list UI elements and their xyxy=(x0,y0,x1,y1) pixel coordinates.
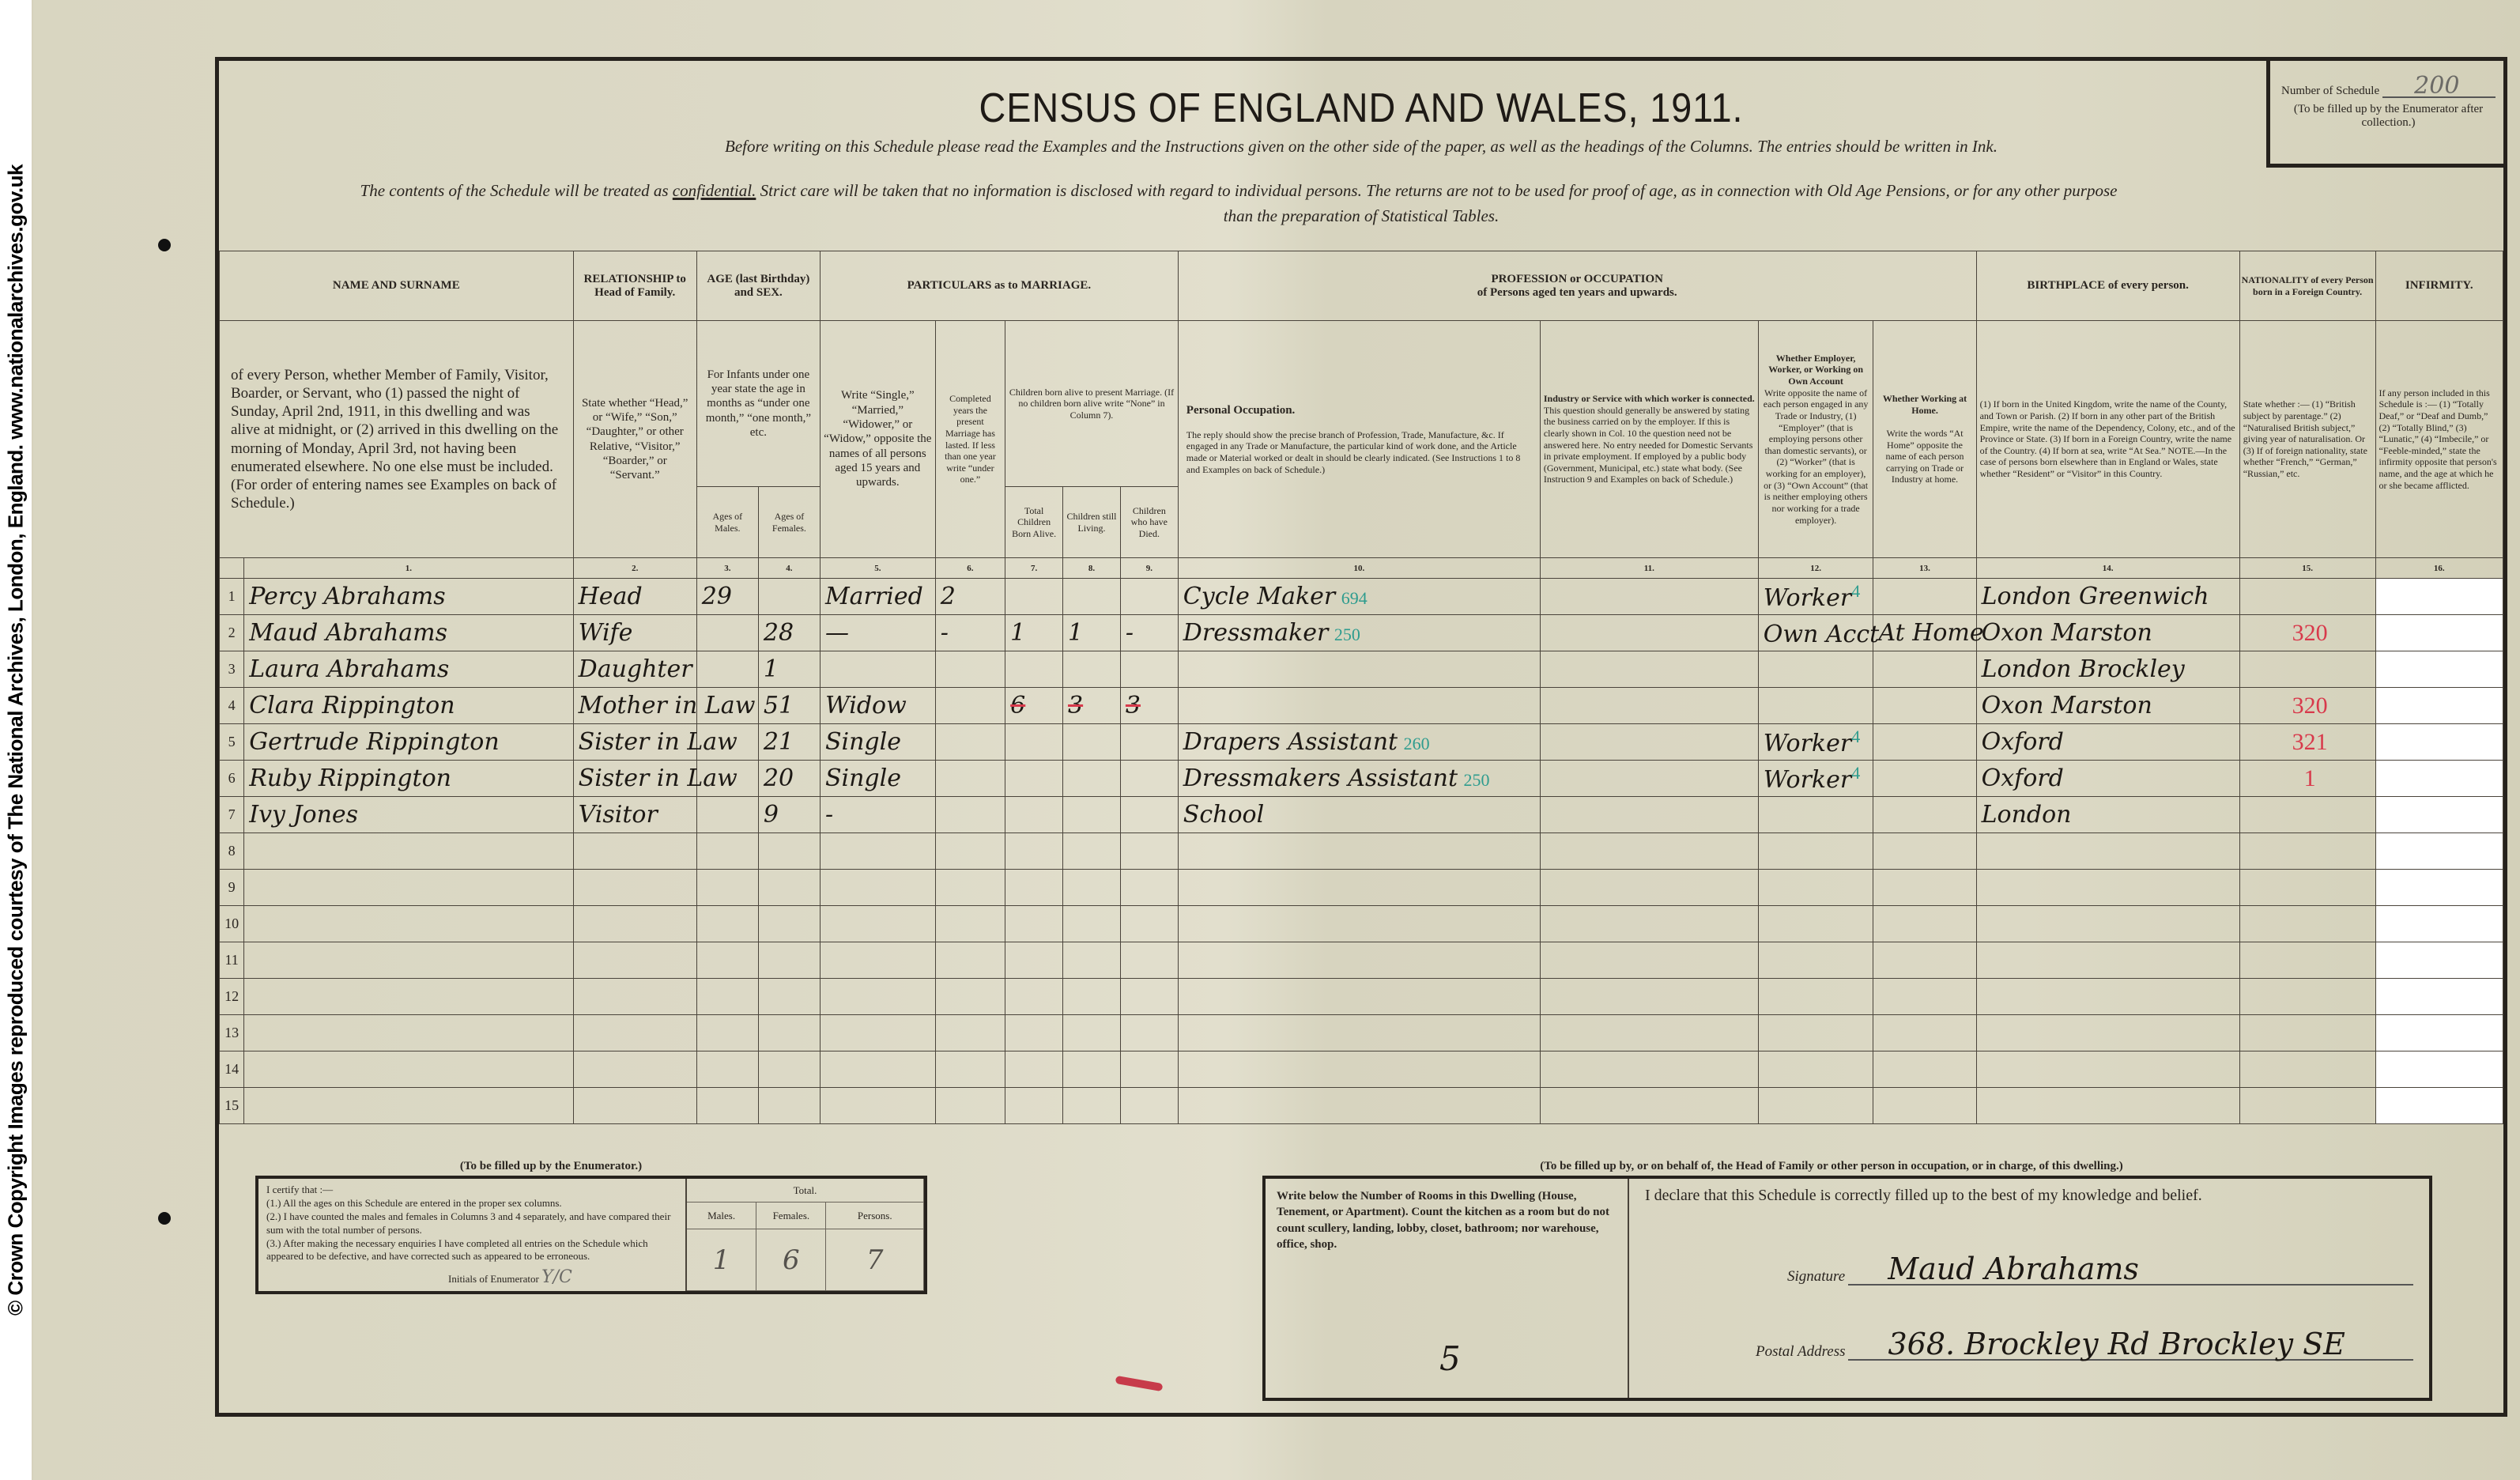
cell-living xyxy=(1063,1088,1121,1124)
row-number: 3 xyxy=(220,651,244,688)
cell-cond xyxy=(820,833,935,870)
desc-employer: Whether Employer, Worker, or Working on … xyxy=(1758,321,1873,558)
cell-name: Ivy Jones xyxy=(244,797,573,833)
cell-male xyxy=(696,615,758,651)
col-number: 3. xyxy=(696,558,758,579)
cell-rel xyxy=(573,1015,696,1051)
cell-home xyxy=(1873,579,1976,615)
cell-birth: Oxford xyxy=(1976,761,2239,797)
cell-infirmity xyxy=(2375,1088,2503,1124)
row-number: 13 xyxy=(220,1015,244,1051)
row-number: 14 xyxy=(220,1051,244,1088)
col-number: 13. xyxy=(1873,558,1976,579)
cell-industry xyxy=(1540,1051,1758,1088)
certify-item: (1.) All the ages on this Schedule are e… xyxy=(266,1197,677,1210)
cell-male xyxy=(696,942,758,979)
col-number: 12. xyxy=(1758,558,1873,579)
cell-nationality xyxy=(2239,870,2375,906)
cell-male xyxy=(696,870,758,906)
cell-died xyxy=(1120,724,1178,761)
row-number: 12 xyxy=(220,979,244,1015)
table-row: 11 xyxy=(220,942,2503,979)
cell-male xyxy=(696,1088,758,1124)
col-number: 8. xyxy=(1063,558,1121,579)
cell-male xyxy=(696,1015,758,1051)
cell-died xyxy=(1120,797,1178,833)
cell-home xyxy=(1873,1015,1976,1051)
cell-industry xyxy=(1540,870,1758,906)
table-row: 5Gertrude RippingtonSister in Law21Singl… xyxy=(220,724,2503,761)
cell-name xyxy=(244,1051,573,1088)
header-occupation: PROFESSION or OCCUPATIONof Persons aged … xyxy=(1178,251,1976,321)
cell-years xyxy=(935,1015,1005,1051)
cell-years xyxy=(935,979,1005,1015)
header-marriage: PARTICULARS as to MARRIAGE. xyxy=(820,251,1178,321)
cell-birth xyxy=(1976,833,2239,870)
cell-cond xyxy=(820,1015,935,1051)
cell-industry xyxy=(1540,979,1758,1015)
cell-nationality xyxy=(2239,833,2375,870)
header-relationship: RELATIONSHIP to Head of Family. xyxy=(573,251,696,321)
punch-hole xyxy=(158,239,171,251)
cell-rel: Head xyxy=(573,579,696,615)
cell-born xyxy=(1005,1015,1063,1051)
females-label: Females. xyxy=(756,1202,826,1229)
desc-died: Children who have Died. xyxy=(1120,487,1178,558)
cell-nationality xyxy=(2239,979,2375,1015)
confidential-notice-line2: than the preparation of Statistical Tabl… xyxy=(219,206,2503,226)
cell-years xyxy=(935,797,1005,833)
desc-years-married: Completed years the present Marriage has… xyxy=(935,321,1005,558)
cell-industry xyxy=(1540,797,1758,833)
row-number: 1 xyxy=(220,579,244,615)
signature-label: Signature xyxy=(1787,1268,1845,1286)
col-number: 9. xyxy=(1120,558,1178,579)
cell-died xyxy=(1120,870,1178,906)
cell-home xyxy=(1873,906,1976,942)
cell-infirmity xyxy=(2375,906,2503,942)
cell-employment xyxy=(1758,942,1873,979)
cell-home xyxy=(1873,833,1976,870)
header-birthplace: BIRTHPLACE of every person. xyxy=(1976,251,2239,321)
cell-cond: — xyxy=(820,615,935,651)
table-row: 3Laura AbrahamsDaughter1 London Brockley xyxy=(220,651,2503,688)
cell-infirmity xyxy=(2375,1051,2503,1088)
cell-birth: Oxon Marston xyxy=(1976,615,2239,651)
cell-employment xyxy=(1758,906,1873,942)
cell-born xyxy=(1005,724,1063,761)
cell-male xyxy=(696,651,758,688)
cell-occupation: School xyxy=(1178,797,1540,833)
cell-home xyxy=(1873,1088,1976,1124)
totals-grid: Total. Males. Females. Persons. 1 6 7 xyxy=(687,1179,924,1291)
cell-name: Percy Abrahams xyxy=(244,579,573,615)
cell-employment: Worker4 xyxy=(1758,761,1873,797)
certify-label: I certify that :— xyxy=(266,1184,677,1197)
table-row: 4Clara RippingtonMother in Law51Widow633… xyxy=(220,688,2503,724)
cell-occupation xyxy=(1178,1015,1540,1051)
cell-years xyxy=(935,761,1005,797)
cell-employment: Worker4 xyxy=(1758,724,1873,761)
cell-birth xyxy=(1976,1051,2239,1088)
rooms-instruction: Write below the Number of Rooms in this … xyxy=(1277,1190,1609,1251)
row-number: 9 xyxy=(220,870,244,906)
row-number: 6 xyxy=(220,761,244,797)
schedule-frame: CENSUS OF ENGLAND AND WALES, 1911. Befor… xyxy=(215,57,2507,1417)
table-row: 6Ruby RippingtonSister in Law20SingleDre… xyxy=(220,761,2503,797)
cell-employment xyxy=(1758,651,1873,688)
cell-industry xyxy=(1540,942,1758,979)
cell-name xyxy=(244,870,573,906)
cell-nationality: 321 xyxy=(2239,724,2375,761)
cell-birth xyxy=(1976,870,2239,906)
cell-employment: Worker4 xyxy=(1758,579,1873,615)
cell-infirmity xyxy=(2375,1015,2503,1051)
cell-industry xyxy=(1540,579,1758,615)
cell-died xyxy=(1120,1088,1178,1124)
cell-infirmity xyxy=(2375,615,2503,651)
cell-employment: Own Acct xyxy=(1758,615,1873,651)
cell-years xyxy=(935,870,1005,906)
cell-birth xyxy=(1976,906,2239,942)
cell-cond: Single xyxy=(820,724,935,761)
desc-name: of every Person, whether Member of Famil… xyxy=(220,321,574,558)
desc-ages-males: Ages of Males. xyxy=(696,487,758,558)
cell-industry xyxy=(1540,1088,1758,1124)
cell-home xyxy=(1873,761,1976,797)
cell-male xyxy=(696,979,758,1015)
cell-male xyxy=(696,797,758,833)
cell-name: Ruby Rippington xyxy=(244,761,573,797)
cell-living xyxy=(1063,979,1121,1015)
person-rows: 1Percy AbrahamsHead29Married2Cycle Maker… xyxy=(220,579,2503,1124)
col-number: 2. xyxy=(573,558,696,579)
column-numbers: 1. 2. 3. 4. 5. 6. 7. 8. 9. 10. 11. 12. 1… xyxy=(220,558,2503,579)
cell-living xyxy=(1063,833,1121,870)
total-females: 6 xyxy=(756,1229,826,1291)
cell-occupation: Dressmaker 250 xyxy=(1178,615,1540,651)
cell-employment xyxy=(1758,833,1873,870)
cell-home xyxy=(1873,942,1976,979)
cell-male xyxy=(696,1051,758,1088)
row-number: 11 xyxy=(220,942,244,979)
cell-cond xyxy=(820,1051,935,1088)
cell-rel xyxy=(573,870,696,906)
rooms-box: Write below the Number of Rooms in this … xyxy=(1266,1179,1629,1398)
address-label: Postal Address xyxy=(1756,1343,1845,1361)
cell-nationality xyxy=(2239,651,2375,688)
cell-died xyxy=(1120,1015,1178,1051)
col-number: 7. xyxy=(1005,558,1063,579)
cell-female xyxy=(758,906,820,942)
signature-line: Signature Maud Abrahams xyxy=(1787,1254,2413,1286)
desc-still-living: Children still Living. xyxy=(1063,487,1121,558)
desc-industry: Industry or Service with which worker is… xyxy=(1540,321,1758,558)
punch-hole xyxy=(158,1212,171,1225)
enumerator-certificate: I certify that :— (1.) All the ages on t… xyxy=(255,1176,927,1294)
cell-born xyxy=(1005,651,1063,688)
cell-infirmity xyxy=(2375,651,2503,688)
household-declaration: Write below the Number of Rooms in this … xyxy=(1262,1176,2432,1401)
cell-name: Laura Abrahams xyxy=(244,651,573,688)
ink-instruction: Before writing on this Schedule please r… xyxy=(219,137,2503,157)
cell-birth: Oxford xyxy=(1976,724,2239,761)
confidential-notice: The contents of the Schedule will be tre… xyxy=(219,181,2503,201)
total-persons: 7 xyxy=(826,1229,924,1291)
cell-years xyxy=(935,833,1005,870)
desc-infirmity: If any person included in this Schedule … xyxy=(2375,321,2503,558)
table-row: 8 xyxy=(220,833,2503,870)
enumerator-initials: Y/C xyxy=(541,1267,572,1287)
table-row: 14 xyxy=(220,1051,2503,1088)
cell-name xyxy=(244,1015,573,1051)
cell-birth: Oxon Marston xyxy=(1976,688,2239,724)
cell-industry xyxy=(1540,1015,1758,1051)
cell-living xyxy=(1063,651,1121,688)
row-number: 15 xyxy=(220,1088,244,1124)
cell-home: At Home xyxy=(1873,615,1976,651)
table-row: 2Maud AbrahamsWife28—-11-Dressmaker 250O… xyxy=(220,615,2503,651)
cell-home xyxy=(1873,724,1976,761)
enumerator-section-title: (To be filled up by the Enumerator.) xyxy=(251,1160,851,1173)
cell-male: 29 xyxy=(696,579,758,615)
cell-infirmity xyxy=(2375,870,2503,906)
cell-years xyxy=(935,724,1005,761)
cell-died: - xyxy=(1120,615,1178,651)
header-age: AGE (last Birthday) and SEX. xyxy=(696,251,820,321)
cell-born xyxy=(1005,906,1063,942)
cell-female xyxy=(758,1051,820,1088)
row-number: 10 xyxy=(220,906,244,942)
col-number: 14. xyxy=(1976,558,2239,579)
cell-born xyxy=(1005,942,1063,979)
cell-rel xyxy=(573,833,696,870)
certify-item: (3.) After making the necessary enquirie… xyxy=(266,1237,677,1264)
cell-home xyxy=(1873,979,1976,1015)
desc-nationality: State whether :— (1) “British subject by… xyxy=(2239,321,2375,558)
cell-birth: London Greenwich xyxy=(1976,579,2239,615)
cell-employment xyxy=(1758,979,1873,1015)
cell-years xyxy=(935,1088,1005,1124)
desc-at-home: Whether Working at Home.Write the words … xyxy=(1873,321,1976,558)
cell-birth xyxy=(1976,979,2239,1015)
cell-female xyxy=(758,1015,820,1051)
cell-rel: Sister in Law xyxy=(573,761,696,797)
col-number: 10. xyxy=(1178,558,1540,579)
cell-female: 21 xyxy=(758,724,820,761)
cell-name xyxy=(244,833,573,870)
persons-label: Persons. xyxy=(826,1202,924,1229)
cell-name: Maud Abrahams xyxy=(244,615,573,651)
cell-female xyxy=(758,579,820,615)
cell-female: 1 xyxy=(758,651,820,688)
cell-female xyxy=(758,942,820,979)
cell-years xyxy=(935,906,1005,942)
cell-nationality xyxy=(2239,797,2375,833)
cell-born xyxy=(1005,1088,1063,1124)
col-number: 5. xyxy=(820,558,935,579)
cell-cond: Married xyxy=(820,579,935,615)
cell-living xyxy=(1063,579,1121,615)
cell-occupation xyxy=(1178,1088,1540,1124)
cell-years xyxy=(935,942,1005,979)
table-row: 15 xyxy=(220,1088,2503,1124)
cell-infirmity xyxy=(2375,579,2503,615)
address-value: 368. Brockley Rd Brockley SE xyxy=(1848,1329,2413,1361)
cell-infirmity xyxy=(2375,833,2503,870)
desc-birthplace: (1) If born in the United Kingdom, write… xyxy=(1976,321,2239,558)
cell-died xyxy=(1120,761,1178,797)
cell-occupation xyxy=(1178,979,1540,1015)
cell-died xyxy=(1120,833,1178,870)
cell-infirmity xyxy=(2375,688,2503,724)
cell-cond: - xyxy=(820,797,935,833)
cell-occupation xyxy=(1178,688,1540,724)
cell-living xyxy=(1063,724,1121,761)
cell-employment xyxy=(1758,688,1873,724)
cell-born xyxy=(1005,761,1063,797)
table-row: 1Percy AbrahamsHead29Married2Cycle Maker… xyxy=(220,579,2503,615)
cell-died xyxy=(1120,579,1178,615)
table-row: 10 xyxy=(220,906,2503,942)
cell-name: Gertrude Rippington xyxy=(244,724,573,761)
cell-home xyxy=(1873,870,1976,906)
cell-cond: Widow xyxy=(820,688,935,724)
desc-children: Children born alive to present Marriage.… xyxy=(1005,321,1179,487)
cell-industry xyxy=(1540,906,1758,942)
cell-occupation: Dressmakers Assistant 250 xyxy=(1178,761,1540,797)
col-number: 15. xyxy=(2239,558,2375,579)
cell-living: 3 xyxy=(1063,688,1121,724)
cell-died xyxy=(1120,979,1178,1015)
col-number: 11. xyxy=(1540,558,1758,579)
desc-personal-occupation: Personal Occupation.The reply should sho… xyxy=(1178,321,1540,558)
cell-industry xyxy=(1540,761,1758,797)
table-row: 13 xyxy=(220,1015,2503,1051)
cell-industry xyxy=(1540,833,1758,870)
cell-home xyxy=(1873,651,1976,688)
cell-employment xyxy=(1758,1051,1873,1088)
table-row: 9 xyxy=(220,870,2503,906)
cell-employment xyxy=(1758,1088,1873,1124)
cell-rel: Sister in Law xyxy=(573,724,696,761)
males-label: Males. xyxy=(687,1202,756,1229)
copyright-credit: © Crown Copyright Images reproduced cour… xyxy=(0,0,32,1480)
total-males: 1 xyxy=(687,1229,756,1291)
cell-rel xyxy=(573,1088,696,1124)
row-number: 2 xyxy=(220,615,244,651)
row-number: 8 xyxy=(220,833,244,870)
cell-employment xyxy=(1758,1015,1873,1051)
cell-living xyxy=(1063,942,1121,979)
cell-years xyxy=(935,688,1005,724)
cell-rel xyxy=(573,942,696,979)
census-schedule-sheet: CENSUS OF ENGLAND AND WALES, 1911. Befor… xyxy=(33,0,2520,1480)
cell-rel: Daughter xyxy=(573,651,696,688)
rooms-count: 5 xyxy=(1439,1337,1461,1382)
cell-born xyxy=(1005,979,1063,1015)
cell-female xyxy=(758,1088,820,1124)
cell-living xyxy=(1063,870,1121,906)
cell-home xyxy=(1873,688,1976,724)
column-group-headers: NAME AND SURNAME RELATIONSHIP to Head of… xyxy=(220,251,2503,321)
cell-occupation xyxy=(1178,942,1540,979)
header-infirmity: INFIRMITY. xyxy=(2375,251,2503,321)
household-section-title: (To be filled up by, or on behalf of, th… xyxy=(1191,1160,2472,1173)
schedule-number-note: (To be filled up by the Enumerator after… xyxy=(2281,103,2495,130)
cell-female: 20 xyxy=(758,761,820,797)
cell-name xyxy=(244,979,573,1015)
cell-name xyxy=(244,906,573,942)
cell-infirmity xyxy=(2375,761,2503,797)
cell-rel: Wife xyxy=(573,615,696,651)
row-number: 5 xyxy=(220,724,244,761)
col-number: 1. xyxy=(244,558,573,579)
col-number: 4. xyxy=(758,558,820,579)
cell-occupation: Cycle Maker 694 xyxy=(1178,579,1540,615)
cell-birth xyxy=(1976,1015,2239,1051)
cell-nationality xyxy=(2239,906,2375,942)
cell-birth xyxy=(1976,1088,2239,1124)
cell-employment xyxy=(1758,797,1873,833)
cell-home xyxy=(1873,1051,1976,1088)
cell-years xyxy=(935,1051,1005,1088)
copyright-text: © Crown Copyright Images reproduced cour… xyxy=(4,164,28,1316)
cell-living: 1 xyxy=(1063,615,1121,651)
cell-birth: London Brockley xyxy=(1976,651,2239,688)
schedule-number-value: 200 xyxy=(2414,72,2459,100)
cell-occupation xyxy=(1178,870,1540,906)
cell-nationality: 1 xyxy=(2239,761,2375,797)
cell-nationality: 320 xyxy=(2239,688,2375,724)
signature-value: Maud Abrahams xyxy=(1848,1254,2413,1286)
cell-name xyxy=(244,942,573,979)
cell-living xyxy=(1063,797,1121,833)
cell-living xyxy=(1063,1051,1121,1088)
row-number: 4 xyxy=(220,688,244,724)
schedule-number-box: Number of Schedule 200 (To be filled up … xyxy=(2266,57,2503,168)
cell-rel xyxy=(573,906,696,942)
cell-died xyxy=(1120,1051,1178,1088)
cell-employment xyxy=(1758,870,1873,906)
desc-relationship: State whether “Head,” or “Wife,” “Son,” … xyxy=(573,321,696,558)
declaration-text: I declare that this Schedule is correctl… xyxy=(1645,1187,2413,1205)
cell-died xyxy=(1120,906,1178,942)
total-label: Total. xyxy=(687,1179,924,1202)
cell-born xyxy=(1005,1051,1063,1088)
header-nationality: NATIONALITY of every Person born in a Fo… xyxy=(2239,251,2375,321)
cell-nationality xyxy=(2239,1088,2375,1124)
cell-rel xyxy=(573,1051,696,1088)
cell-name: Clara Rippington xyxy=(244,688,573,724)
table-row: 7Ivy JonesVisitor9-School London xyxy=(220,797,2503,833)
cell-occupation xyxy=(1178,1051,1540,1088)
col-number: 16. xyxy=(2375,558,2503,579)
cell-cond xyxy=(820,870,935,906)
col-number: 6. xyxy=(935,558,1005,579)
cell-male xyxy=(696,833,758,870)
cell-nationality xyxy=(2239,579,2375,615)
cell-cond xyxy=(820,942,935,979)
cell-nationality xyxy=(2239,1015,2375,1051)
cell-cond xyxy=(820,1088,935,1124)
initials-label: Initials of Enumerator xyxy=(448,1273,539,1285)
cell-living xyxy=(1063,761,1121,797)
cell-nationality xyxy=(2239,1051,2375,1088)
cell-died xyxy=(1120,942,1178,979)
page-title: CENSUS OF ENGLAND AND WALES, 1911. xyxy=(334,85,2390,132)
cell-born xyxy=(1005,579,1063,615)
